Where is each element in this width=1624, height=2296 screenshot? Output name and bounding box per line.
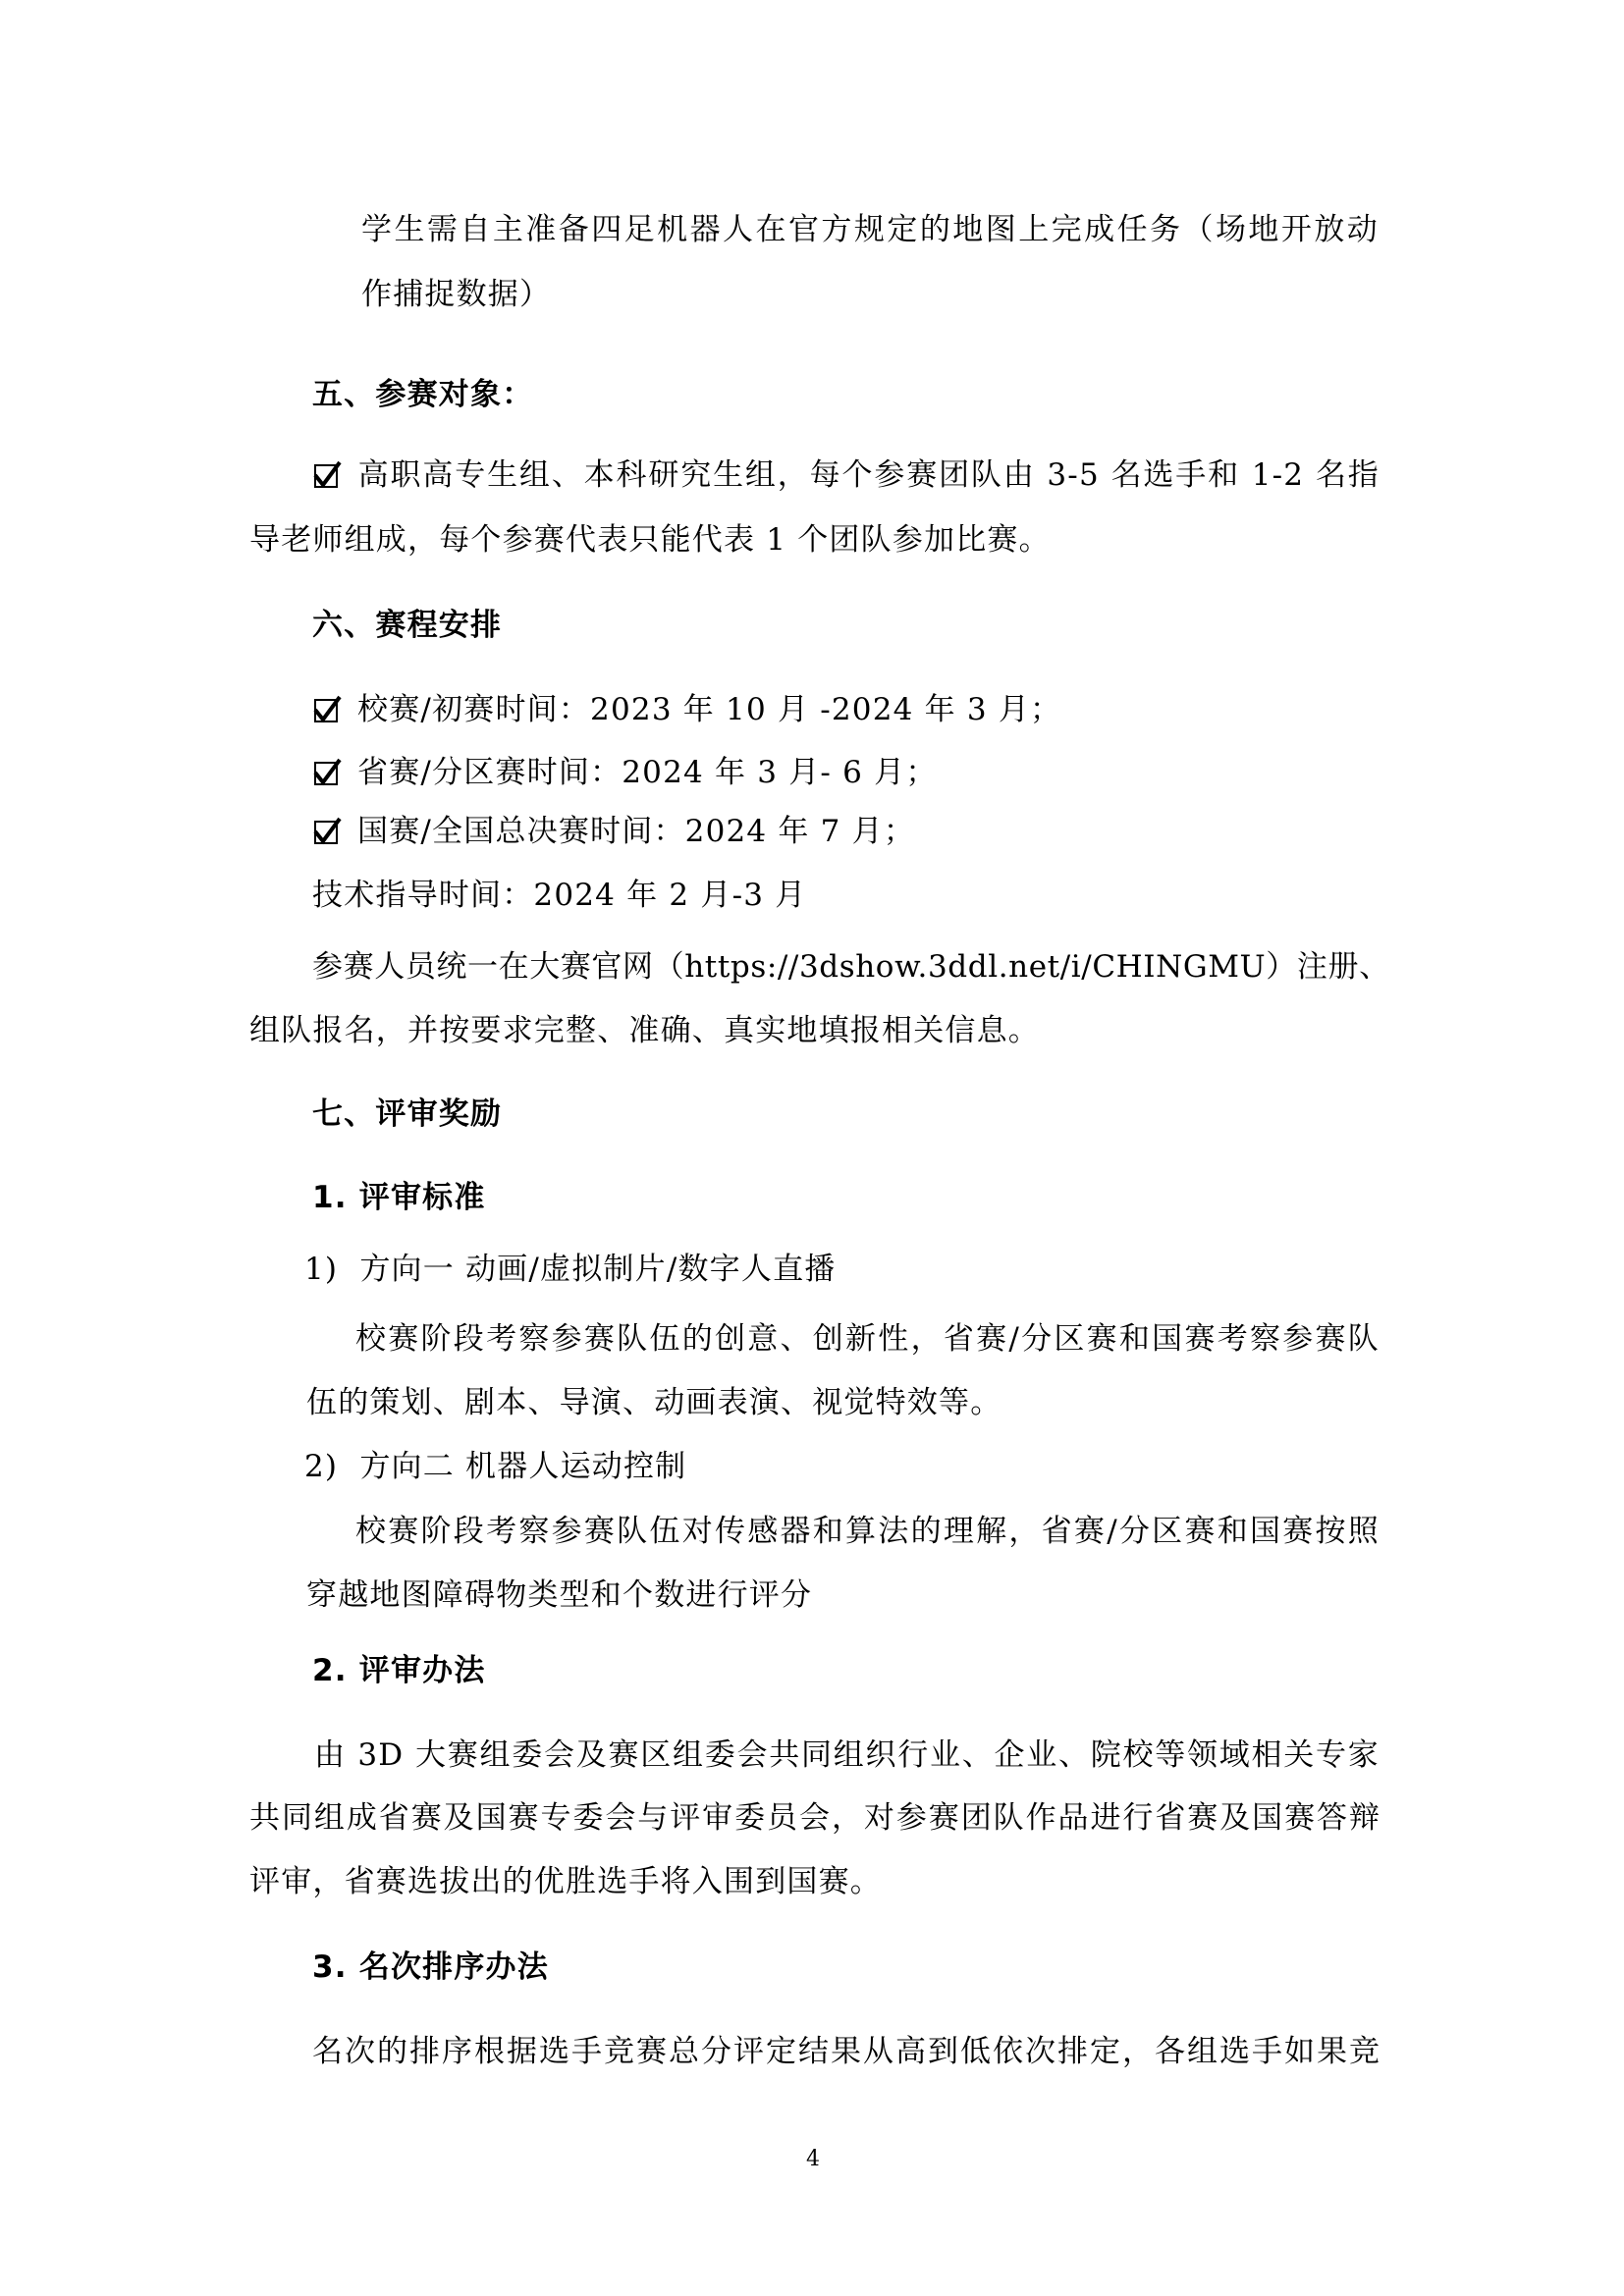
criteria-heading: 1. 评审标准 (312, 1178, 486, 1217)
direction-1-desc-line-2: 伍的策划、剧本、导演、动画表演、视觉特效等。 (306, 1383, 1001, 1422)
ranking-heading: 3. 名次排序办法 (312, 1948, 549, 1987)
checkbox-icon (314, 762, 338, 785)
schedule-item-text: 校赛/初赛时间：2023 年 10 月 -2024 年 3 月； (357, 692, 1061, 727)
intro-line-2: 作捕捉数据） (361, 275, 551, 314)
method-line-2: 共同组成省赛及国赛专委会与评审委员会，对参赛团队作品进行省赛及国赛答辩 (249, 1798, 1380, 1838)
direction-1-desc-line-1: 校赛阶段考察参赛队伍的创意、创新性，省赛/分区赛和国赛考察参赛队 (355, 1319, 1380, 1359)
schedule-item-national: 国赛/全国总决赛时间：2024 年 7 月； (314, 812, 915, 851)
section-6-heading: 六、赛程安排 (312, 606, 502, 645)
section-5-item-text: 高职高专生组、本科研究生组，每个参赛团队由 3-5 名选手和 1-2 名指 (357, 457, 1380, 493)
schedule-item-province: 省赛/分区赛时间：2024 年 3 月- 6 月； (314, 753, 938, 792)
section-5-item-cont: 导老师组成，每个参赛代表只能代表 1 个团队参加比赛。 (249, 520, 1051, 560)
method-heading: 2. 评审办法 (312, 1651, 486, 1690)
section-5-heading: 五、参赛对象： (312, 375, 533, 414)
registration-line-2: 组队报名，并按要求完整、准确、真实地填报相关信息。 (249, 1011, 1040, 1050)
direction-2-title: 2) 方向二 机器人运动控制 (304, 1447, 686, 1486)
schedule-item-text: 省赛/分区赛时间：2024 年 3 月- 6 月； (357, 755, 938, 790)
schedule-item-text: 国赛/全国总决赛时间：2024 年 7 月； (357, 814, 915, 849)
page-number: 4 (784, 2146, 842, 2173)
schedule-item-school: 校赛/初赛时间：2023 年 10 月 -2024 年 3 月； (314, 690, 1061, 729)
checkbox-icon (314, 821, 338, 844)
checkbox-icon (314, 699, 338, 722)
registration-line-1: 参赛人员统一在大赛官网（https://3dshow.3ddl.net/i/CH… (312, 947, 1380, 987)
direction-2-desc-line-2: 穿越地图障碍物类型和个数进行评分 (306, 1575, 812, 1615)
method-line-1: 由 3D 大赛组委会及赛区组委会共同组织行业、企业、院校等领域相关专家 (314, 1735, 1380, 1775)
method-line-3: 评审，省赛选拔出的优胜选手将入围到国赛。 (249, 1862, 882, 1901)
document-page: 学生需自主准备四足机器人在官方规定的地图上完成任务（场地开放动 作捕捉数据） 五… (0, 0, 1624, 2296)
direction-2-desc-line-1: 校赛阶段考察参赛队伍对传感器和算法的理解，省赛/分区赛和国赛按照 (355, 1512, 1380, 1551)
direction-1-title: 1) 方向一 动画/虚拟制片/数字人直播 (304, 1250, 836, 1289)
section-7-heading: 七、评审奖励 (312, 1095, 502, 1134)
tech-guidance-time: 技术指导时间：2024 年 2 月-3 月 (312, 876, 806, 915)
section-5-item: 高职高专生组、本科研究生组，每个参赛团队由 3-5 名选手和 1-2 名指 (314, 455, 1380, 495)
intro-line-1: 学生需自主准备四足机器人在官方规定的地图上完成任务（场地开放动 (361, 210, 1379, 249)
checkbox-icon (314, 464, 338, 488)
ranking-line-1: 名次的排序根据选手竞赛总分评定结果从高到低依次排定，各组选手如果竞 (312, 2032, 1380, 2071)
